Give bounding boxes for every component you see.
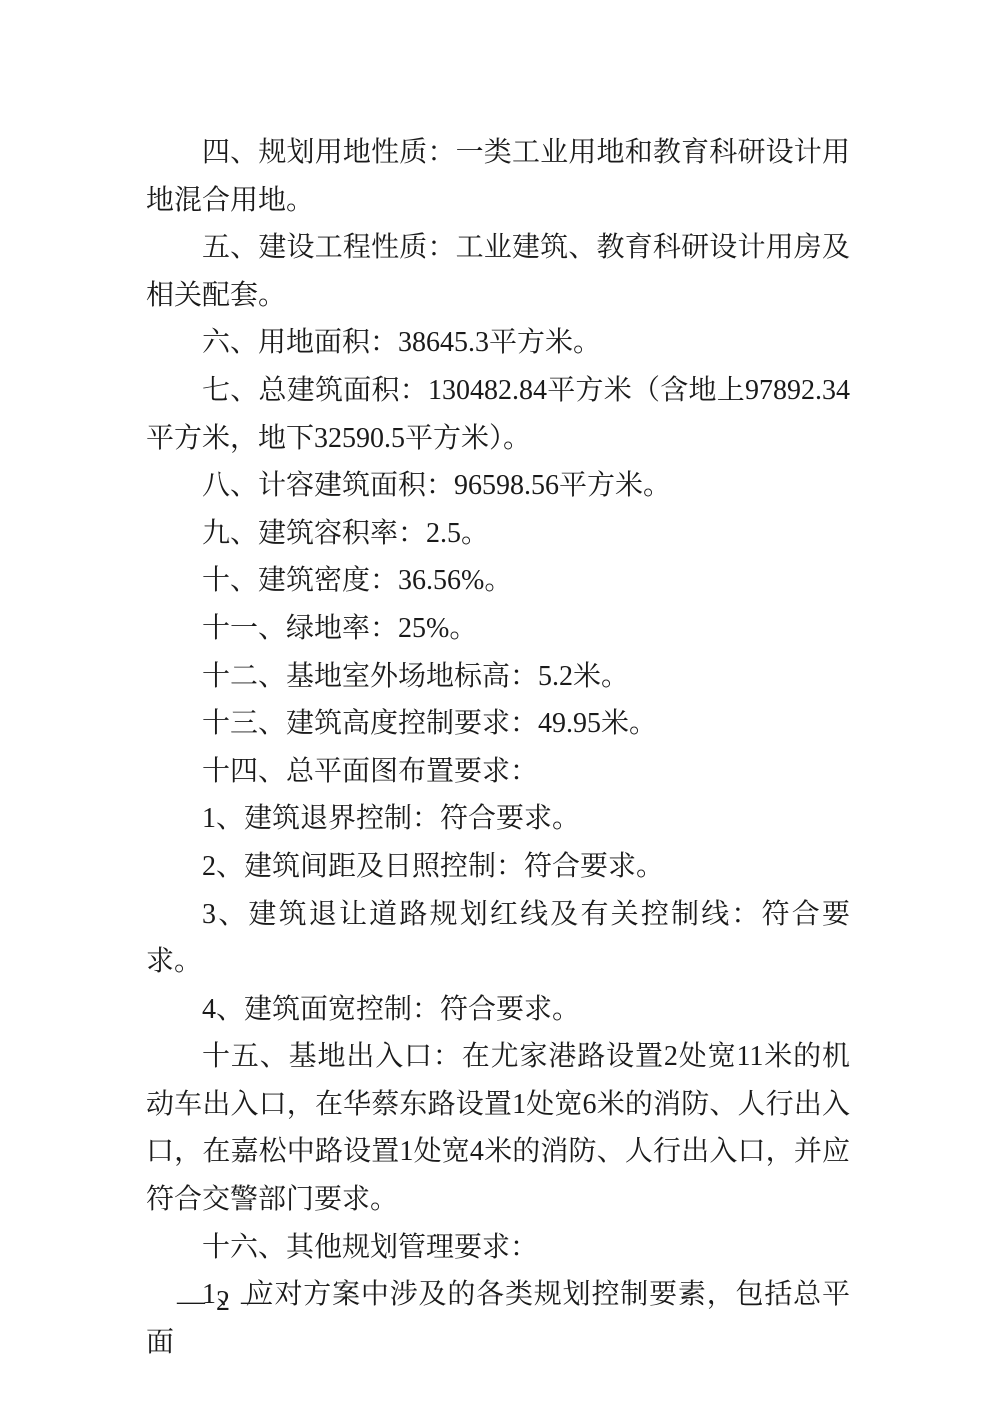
paragraph-subitem-4: 4、建筑面宽控制：符合要求。	[146, 986, 850, 1034]
paragraph-item-4: 四、规划用地性质：一类工业用地和教育科研设计用地混合用地。	[146, 129, 850, 224]
paragraph-item-13: 十三、建筑高度控制要求：49.95米。	[146, 700, 850, 748]
paragraph-item-16: 十六、其他规划管理要求：	[146, 1224, 850, 1272]
paragraph-item-5: 五、建设工程性质：工业建筑、教育科研设计用房及相关配套。	[146, 224, 850, 319]
paragraph-item-6: 六、用地面积：38645.3平方米。	[146, 319, 850, 367]
document-page: 四、规划用地性质：一类工业用地和教育科研设计用地混合用地。 五、建设工程性质：工…	[0, 0, 992, 1403]
paragraph-subitem-1: 1、建筑退界控制：符合要求。	[146, 795, 850, 843]
paragraph-item-11: 十一、绿地率：25%。	[146, 605, 850, 653]
paragraph-subitem-3: 3、建筑退让道路规划红线及有关控制线：符合要求。	[146, 891, 850, 986]
paragraph-item-12: 十二、基地室外场地标高：5.2米。	[146, 653, 850, 701]
paragraph-item-14: 十四、总平面图布置要求：	[146, 748, 850, 796]
paragraph-subitem-2: 2、建筑间距及日照控制：符合要求。	[146, 843, 850, 891]
document-body: 四、规划用地性质：一类工业用地和教育科研设计用地混合用地。 五、建设工程性质：工…	[146, 129, 850, 1366]
paragraph-item-10: 十、建筑密度：36.56%。	[146, 557, 850, 605]
paragraph-item-7: 七、总建筑面积：130482.84平方米（含地上97892.34平方米，地下32…	[146, 367, 850, 462]
paragraph-item-9: 九、建筑容积率：2.5。	[146, 510, 850, 558]
page-number: — 2 —	[177, 1278, 271, 1326]
paragraph-item-8: 八、计容建筑面积：96598.56平方米。	[146, 462, 850, 510]
paragraph-item-15: 十五、基地出入口：在尤家港路设置2处宽11米的机动车出入口，在华蔡东路设置1处宽…	[146, 1033, 850, 1223]
